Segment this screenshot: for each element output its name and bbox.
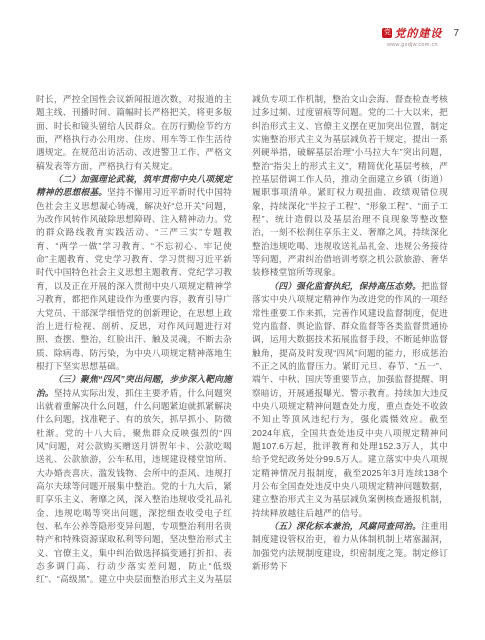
page-number: 7 bbox=[453, 25, 459, 39]
article-paragraph: （四）强化监督执纪，保持高压态势。把监督落实中央八项规定精神作为改进党的作风的一… bbox=[252, 280, 448, 520]
magazine-title: 党的建设 bbox=[394, 25, 442, 41]
paragraph-lead: （二）加强理论武装，筑牢贯彻中央八项规定精神的思想根基。 bbox=[36, 174, 232, 197]
article-paragraph: （二）加强理论武装，筑牢贯彻中央八项规定精神的思想根基。坚持不懈用习近平新时代中… bbox=[36, 173, 232, 373]
paragraph-lead: （四）强化监督执纪，保持高压态势。 bbox=[269, 281, 421, 291]
magazine-website: www.gsdjw.com.cn bbox=[382, 42, 442, 48]
article-text: 时长，严控全国性会议新闻报道次数，对报道的主题主线、刊播时间、篇幅时长严格把关，… bbox=[36, 93, 448, 593]
paragraph-lead: （五）深化标本兼治，风腐同查同治。 bbox=[269, 521, 421, 531]
masthead: 党 党的建设 www.gsdjw.com.cn 7 bbox=[382, 25, 459, 48]
article-paragraph: （五）深化标本兼治，风腐同查同治。注重用制度建设管权治吏，着力从体制机制上堵塞漏… bbox=[252, 520, 448, 573]
magazine-logo: 党 党的建设 www.gsdjw.com.cn bbox=[382, 25, 442, 48]
magazine-page: 党 党的建设 www.gsdjw.com.cn 7 时长，严控全国性会议新闻报道… bbox=[0, 0, 485, 640]
paragraph-lead: （三）聚焦“四风”突出问题，步步深入靶向施治。 bbox=[36, 374, 232, 397]
article-paragraph: 时长，严控全国性会议新闻报道次数，对报道的主题主线、刊播时间、篇幅时长严格把关，… bbox=[36, 93, 232, 173]
seal-icon: 党 bbox=[382, 28, 392, 38]
